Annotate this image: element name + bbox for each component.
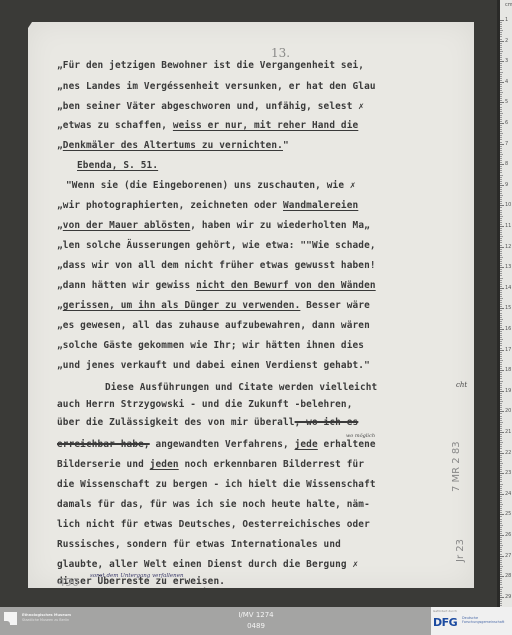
ruler-label: 19 bbox=[505, 388, 511, 394]
ruler-minor-tick bbox=[500, 589, 502, 590]
ruler-label: 20 bbox=[505, 408, 511, 414]
ruler-minor-tick bbox=[500, 539, 502, 540]
ruler-minor-tick bbox=[500, 98, 502, 99]
ruler-minor-tick bbox=[500, 232, 502, 233]
ruler-minor-tick bbox=[500, 545, 503, 546]
ruler-minor-tick bbox=[500, 170, 502, 171]
ruler-minor-tick bbox=[500, 582, 502, 583]
ruler-tick bbox=[500, 247, 504, 248]
handwritten-der-leicht: der leicht zugänglichen u. wenig umfangr… bbox=[271, 590, 406, 596]
ruler-minor-tick bbox=[500, 175, 503, 176]
ruler-minor-tick bbox=[500, 286, 502, 287]
ruler-minor-tick bbox=[500, 448, 502, 449]
ruler-minor-tick bbox=[500, 216, 503, 217]
text-segment: Wandmalereien bbox=[283, 200, 358, 211]
ruler-minor-tick bbox=[500, 374, 502, 375]
ruler-minor-tick bbox=[500, 269, 502, 270]
ruler-minor-tick bbox=[500, 364, 502, 365]
ruler-minor-tick bbox=[500, 271, 502, 272]
text-line: damals für das, für was ich sie noch heu… bbox=[57, 499, 370, 510]
ruler-minor-tick bbox=[500, 438, 502, 439]
text-segment: „dann hätten wir gewiss bbox=[57, 280, 196, 291]
ruler-minor-tick bbox=[500, 389, 502, 390]
ruler-minor-tick bbox=[500, 399, 502, 400]
ruler-minor-tick bbox=[500, 475, 502, 476]
ruler-minor-tick bbox=[500, 129, 502, 130]
ruler-minor-tick bbox=[500, 273, 502, 274]
ruler-tick bbox=[500, 514, 504, 515]
ruler-label: 9 bbox=[505, 182, 508, 188]
footer-bar: Ethnologisches Museum Staatliche Museen … bbox=[0, 607, 512, 635]
ruler-minor-tick bbox=[500, 333, 502, 334]
ruler-minor-tick bbox=[500, 199, 502, 200]
ruler-label: 2 bbox=[505, 38, 508, 44]
ruler-minor-tick bbox=[500, 587, 503, 588]
ruler-minor-tick bbox=[500, 459, 502, 460]
ruler-minor-tick bbox=[500, 220, 502, 221]
text-segment: Denkmäler des Altertums zu vernichten. bbox=[63, 140, 283, 151]
text-segment: " bbox=[283, 140, 289, 151]
ruler-minor-tick bbox=[500, 214, 502, 215]
ruler-label: 1 bbox=[505, 17, 508, 23]
text-segment: „Für den jetzigen Bewohner ist die Verga… bbox=[57, 60, 364, 71]
ruler-minor-tick bbox=[500, 549, 502, 550]
ruler-minor-tick bbox=[500, 193, 502, 194]
ruler-minor-tick bbox=[500, 451, 502, 452]
ruler-minor-tick bbox=[500, 512, 502, 513]
ruler-tick bbox=[500, 370, 504, 371]
ruler-tick bbox=[500, 41, 504, 42]
ruler-minor-tick bbox=[500, 378, 502, 379]
ruler-minor-tick bbox=[500, 446, 502, 447]
ruler-tick bbox=[500, 453, 504, 454]
ruler-minor-tick bbox=[500, 510, 502, 511]
text-line: „etwas zu schaffen, weiss er nur, mit re… bbox=[57, 120, 358, 131]
ruler-minor-tick bbox=[500, 72, 503, 73]
ruler-minor-tick bbox=[500, 181, 502, 182]
ruler-minor-tick bbox=[500, 30, 503, 31]
ruler-minor-tick bbox=[500, 531, 502, 532]
ruler-minor-tick bbox=[500, 521, 502, 522]
ruler-minor-tick bbox=[500, 315, 502, 316]
ruler-minor-tick bbox=[500, 352, 502, 353]
ruler-minor-tick bbox=[500, 407, 502, 408]
ruler-minor-tick bbox=[500, 387, 502, 388]
ruler-tick bbox=[500, 391, 504, 392]
ruler-label: 14 bbox=[505, 285, 511, 291]
ruler-label: 28 bbox=[505, 573, 511, 579]
ruler-minor-tick bbox=[500, 39, 502, 40]
ruler-minor-tick bbox=[500, 593, 502, 594]
ruler-minor-tick bbox=[500, 240, 502, 241]
ruler-minor-tick bbox=[500, 354, 502, 355]
ruler-minor-tick bbox=[500, 601, 502, 602]
ruler-label: 27 bbox=[505, 553, 511, 559]
ruler-tick bbox=[500, 597, 504, 598]
ruler-minor-tick bbox=[500, 304, 502, 305]
ruler-minor-tick bbox=[500, 335, 502, 336]
ruler-minor-tick bbox=[500, 323, 502, 324]
ruler-minor-tick bbox=[500, 53, 502, 54]
dfg-mark-icon: DFG bbox=[433, 616, 457, 629]
text-line: die Wissenschaft zu bergen - ich hielt d… bbox=[57, 479, 376, 490]
ruler-minor-tick bbox=[500, 409, 502, 410]
ruler-label: 10 bbox=[505, 202, 511, 208]
ruler-minor-tick bbox=[500, 471, 502, 472]
ruler-minor-tick bbox=[500, 45, 502, 46]
ruler-minor-tick bbox=[500, 24, 502, 25]
ruler-minor-tick bbox=[500, 183, 502, 184]
ruler-minor-tick bbox=[500, 358, 502, 359]
text-line: „und jenes verkauft und dabei einen Verd… bbox=[57, 360, 370, 371]
ruler-minor-tick bbox=[500, 492, 502, 493]
text-line: „len solche Äusserungen gehört, wie etwa… bbox=[57, 240, 376, 251]
ruler-minor-tick bbox=[500, 401, 503, 402]
ruler-minor-tick bbox=[500, 319, 503, 320]
ruler-minor-tick bbox=[500, 376, 502, 377]
text-line: "Wenn sie (die Eingeborenen) uns zuschau… bbox=[66, 180, 356, 191]
ruler-minor-tick bbox=[500, 115, 502, 116]
ruler-minor-tick bbox=[500, 275, 502, 276]
text-line: „dass wir von all dem nicht früher etwas… bbox=[57, 260, 376, 271]
text-line: glaubte, aller Welt einen Dienst durch d… bbox=[57, 559, 358, 570]
pencil-vertical-note: 7 MR 2 83 bbox=[451, 441, 462, 492]
text-line: „nes Landes im Vergéssenheit versunken, … bbox=[57, 81, 376, 92]
ruler-minor-tick bbox=[500, 168, 502, 169]
ruler-label: 16 bbox=[505, 326, 511, 332]
text-segment: „und jenes verkauft und dabei einen Verd… bbox=[57, 360, 370, 371]
ruler-tick bbox=[500, 535, 504, 536]
ruler-minor-tick bbox=[500, 236, 503, 237]
ruler-minor-tick bbox=[500, 383, 502, 384]
ruler-minor-tick bbox=[500, 465, 502, 466]
ruler-minor-tick bbox=[500, 331, 502, 332]
ruler-label: 25 bbox=[505, 511, 511, 517]
ruler-minor-tick bbox=[500, 541, 502, 542]
text-line: auch Herrn Strzygowski - und die Zukunft… bbox=[57, 399, 353, 410]
ruler-minor-tick bbox=[500, 207, 502, 208]
ruler-minor-tick bbox=[500, 32, 502, 33]
ruler-minor-tick bbox=[500, 481, 502, 482]
ruler-minor-tick bbox=[500, 500, 502, 501]
text-segment: , haben wir zu wiederholten Ma„ bbox=[190, 220, 370, 231]
ruler-label: 13 bbox=[505, 264, 511, 270]
ruler-minor-tick bbox=[500, 424, 502, 425]
text-line: „dann hätten wir gewiss nicht den Bewurf… bbox=[57, 280, 376, 291]
ruler-minor-tick bbox=[500, 228, 502, 229]
ruler-minor-tick bbox=[500, 234, 502, 235]
ruler-minor-tick bbox=[500, 179, 502, 180]
ruler-minor-tick bbox=[500, 65, 502, 66]
ruler-minor-tick bbox=[500, 51, 503, 52]
ruler-minor-tick bbox=[500, 80, 502, 81]
ruler-minor-tick bbox=[500, 566, 503, 567]
dfg-name: Deutsche Forschungsgemeinschaft bbox=[462, 616, 504, 624]
dfg-funded-by: Gefördert durch bbox=[433, 609, 457, 613]
ruler-minor-tick bbox=[500, 547, 502, 548]
ruler-tick bbox=[500, 226, 504, 227]
ruler-minor-tick bbox=[500, 381, 503, 382]
text-line: „wir photographierten, zeichneten oder W… bbox=[57, 200, 358, 211]
ruler-tick bbox=[500, 102, 504, 103]
ruler-minor-tick bbox=[500, 506, 502, 507]
ruler-minor-tick bbox=[500, 313, 502, 314]
ruler-minor-tick bbox=[500, 22, 502, 23]
ruler-minor-tick bbox=[500, 591, 502, 592]
text-segment: auch Herrn Strzygowski - und die Zukunft… bbox=[57, 399, 353, 410]
text-segment: erreichbar habe, bbox=[57, 439, 150, 450]
ruler-minor-tick bbox=[500, 455, 502, 456]
ruler-minor-tick bbox=[500, 290, 502, 291]
ruler-minor-tick bbox=[500, 426, 502, 427]
ruler-minor-tick bbox=[500, 477, 502, 478]
ruler-minor-tick bbox=[500, 337, 502, 338]
ruler-tick bbox=[500, 267, 504, 268]
ruler-minor-tick bbox=[500, 28, 502, 29]
ruler-minor-tick bbox=[500, 300, 502, 301]
ruler-minor-tick bbox=[500, 490, 502, 491]
ruler-minor-tick bbox=[500, 26, 502, 27]
ruler-minor-tick bbox=[500, 345, 502, 346]
ruler-minor-tick bbox=[500, 88, 502, 89]
ruler-minor-tick bbox=[500, 90, 502, 91]
ruler-minor-tick bbox=[500, 34, 502, 35]
text-line: „von der Mauer ablösten, haben wir zu wi… bbox=[57, 220, 370, 231]
ruler-minor-tick bbox=[500, 403, 502, 404]
ruler-minor-tick bbox=[500, 69, 502, 70]
ruler-minor-tick bbox=[500, 599, 502, 600]
ruler-minor-tick bbox=[500, 434, 502, 435]
ruler-tick bbox=[500, 473, 504, 474]
ruler-label: 26 bbox=[505, 532, 511, 538]
ruler-minor-tick bbox=[500, 43, 502, 44]
ruler-tick bbox=[500, 82, 504, 83]
text-segment: angewandten Verfahrens, bbox=[150, 439, 295, 450]
ruler-tick bbox=[500, 185, 504, 186]
ruler-minor-tick bbox=[500, 554, 502, 555]
ruler-minor-tick bbox=[500, 187, 502, 188]
ruler-minor-tick bbox=[500, 107, 502, 108]
text-segment: noch erkennbaren Bilderrest für bbox=[179, 459, 364, 470]
ruler-minor-tick bbox=[500, 158, 502, 159]
text-line: „Denkmäler des Altertums zu vernichten." bbox=[57, 140, 289, 151]
ruler-minor-tick bbox=[500, 172, 502, 173]
ruler-unit: cm bbox=[505, 2, 512, 8]
ruler-minor-tick bbox=[500, 261, 502, 262]
ruler-tick bbox=[500, 494, 504, 495]
ruler-minor-tick bbox=[500, 150, 502, 151]
ruler-minor-tick bbox=[500, 543, 502, 544]
ruler-minor-tick bbox=[500, 488, 502, 489]
ruler-minor-tick bbox=[500, 284, 502, 285]
ruler-minor-tick bbox=[500, 469, 502, 470]
ruler-minor-tick bbox=[500, 94, 502, 95]
ruler-minor-tick bbox=[500, 317, 502, 318]
ruler-minor-tick bbox=[500, 603, 502, 604]
ruler-minor-tick bbox=[500, 418, 502, 419]
ruler-tick bbox=[500, 205, 504, 206]
ruler-tick bbox=[500, 329, 504, 330]
ruler-minor-tick bbox=[500, 463, 503, 464]
ruler-minor-tick bbox=[500, 63, 502, 64]
dfg-name-2: Forschungsgemeinschaft bbox=[462, 620, 504, 624]
ruler-minor-tick bbox=[500, 562, 502, 563]
text-line: Bilderserie und jeden noch erkennbaren B… bbox=[57, 459, 364, 470]
ruler-minor-tick bbox=[500, 578, 502, 579]
text-segment: Besser wäre bbox=[300, 300, 370, 311]
ruler-minor-tick bbox=[500, 146, 502, 147]
ruler-minor-tick bbox=[500, 160, 502, 161]
ruler-minor-tick bbox=[500, 203, 502, 204]
text-segment: „wir photographierten, zeichneten oder bbox=[57, 200, 283, 211]
ruler-minor-tick bbox=[500, 109, 502, 110]
ruler-minor-tick bbox=[500, 280, 502, 281]
ruler-label: 15 bbox=[505, 305, 511, 311]
ruler-minor-tick bbox=[500, 523, 502, 524]
handwritten-vielleicht: cht bbox=[456, 381, 467, 389]
ruler-minor-tick bbox=[500, 255, 502, 256]
ruler-minor-tick bbox=[500, 397, 502, 398]
ruler-minor-tick bbox=[500, 467, 502, 468]
ruler-minor-tick bbox=[500, 166, 502, 167]
ruler-minor-tick bbox=[500, 296, 502, 297]
ruler-minor-tick bbox=[500, 584, 502, 585]
ruler-label: 11 bbox=[505, 223, 511, 229]
ruler-minor-tick bbox=[500, 348, 502, 349]
ruler-label: 12 bbox=[505, 244, 511, 250]
text-segment: „es gewesen, all das zuhause aufzubewahr… bbox=[57, 320, 370, 331]
ruler-minor-tick bbox=[500, 436, 502, 437]
ruler-minor-tick bbox=[500, 484, 503, 485]
text-segment: die Wissenschaft zu bergen - ich hielt d… bbox=[57, 479, 376, 490]
text-segment: , wo ich es bbox=[295, 417, 359, 428]
ruler-minor-tick bbox=[500, 259, 502, 260]
ruler-label: 3 bbox=[505, 58, 508, 64]
text-line: „solche Gäste gekommen wie Ihr; wir hätt… bbox=[57, 340, 364, 351]
ruler-label: 6 bbox=[505, 120, 508, 126]
ruler-minor-tick bbox=[500, 461, 502, 462]
ruler-minor-tick bbox=[500, 36, 502, 37]
text-line: lich nicht für etwas Deutsches, Oesterre… bbox=[57, 519, 370, 530]
ruler-minor-tick bbox=[500, 519, 502, 520]
text-line: „gerissen, um ihn als Dünger zu verwende… bbox=[57, 300, 370, 311]
ruler-minor-tick bbox=[500, 135, 502, 136]
ruler-minor-tick bbox=[500, 251, 502, 252]
ruler-minor-tick bbox=[500, 282, 502, 283]
ruler-tick bbox=[500, 123, 504, 124]
pencil-vertical-note-2: Jr 23 bbox=[455, 539, 466, 562]
ruler-minor-tick bbox=[500, 440, 502, 441]
cm-ruler: cm 1234567891011121314151617181920212223… bbox=[497, 0, 512, 607]
ruler-minor-tick bbox=[500, 139, 502, 140]
ruler-minor-tick bbox=[500, 189, 502, 190]
ruler-label: 24 bbox=[505, 491, 511, 497]
ruler-minor-tick bbox=[500, 595, 502, 596]
folio-number: 13. bbox=[271, 46, 290, 60]
text-segment: Ebenda, S. 51. bbox=[77, 160, 158, 171]
ruler-label: 7 bbox=[505, 141, 508, 147]
ruler-minor-tick bbox=[500, 148, 502, 149]
handwritten-das: das bbox=[201, 587, 213, 595]
text-segment: jede bbox=[295, 439, 318, 450]
ruler-minor-tick bbox=[500, 298, 503, 299]
ruler-minor-tick bbox=[500, 111, 502, 112]
ruler-minor-tick bbox=[500, 154, 503, 155]
text-segment: jeden bbox=[150, 459, 179, 470]
ruler-label: 8 bbox=[505, 161, 508, 167]
ruler-minor-tick bbox=[500, 92, 503, 93]
ruler-minor-tick bbox=[500, 242, 502, 243]
ruler-minor-tick bbox=[500, 201, 502, 202]
ruler-minor-tick bbox=[500, 341, 502, 342]
ruler-minor-tick bbox=[500, 257, 503, 258]
ruler-minor-tick bbox=[500, 422, 503, 423]
ruler-minor-tick bbox=[500, 84, 502, 85]
ruler-tick bbox=[500, 308, 504, 309]
ruler-minor-tick bbox=[500, 327, 502, 328]
ruler-tick bbox=[500, 61, 504, 62]
ruler-tick bbox=[500, 20, 504, 21]
text-segment: „nes Landes im Vergéssenheit versunken, … bbox=[57, 81, 376, 92]
text-segment: über die Zulässigkeit des von mir überal… bbox=[57, 417, 295, 428]
ruler-tick bbox=[500, 164, 504, 165]
ruler-label: 5 bbox=[505, 99, 508, 105]
ruler-minor-tick bbox=[500, 356, 502, 357]
ruler-minor-tick bbox=[500, 525, 503, 526]
ruler-minor-tick bbox=[500, 360, 503, 361]
text-segment: Bilderserie und bbox=[57, 459, 150, 470]
ruler-minor-tick bbox=[500, 325, 502, 326]
ruler-label: 29 bbox=[505, 594, 511, 600]
ruler-label: 18 bbox=[505, 367, 511, 373]
ruler-minor-tick bbox=[500, 405, 502, 406]
ruler-minor-tick bbox=[500, 222, 502, 223]
dfg-logo: Gefördert durch DFG Deutsche Forschungsg… bbox=[431, 607, 512, 635]
ruler-minor-tick bbox=[500, 133, 503, 134]
ruler-minor-tick bbox=[500, 162, 502, 163]
ruler-minor-tick bbox=[500, 504, 503, 505]
ruler-minor-tick bbox=[500, 560, 502, 561]
text-line: erreichbar habe, angewandten Verfahrens,… bbox=[57, 439, 376, 450]
ruler-minor-tick bbox=[500, 395, 502, 396]
ruler-label: 22 bbox=[505, 450, 511, 456]
text-line: „Für den jetzigen Bewohner ist die Verga… bbox=[57, 60, 364, 71]
text-segment: "Wenn sie (die Eingeborenen) uns zuschau… bbox=[66, 180, 356, 191]
text-segment: glaubte, aller Welt einen Dienst durch d… bbox=[57, 559, 358, 570]
ruler-minor-tick bbox=[500, 343, 502, 344]
ruler-minor-tick bbox=[500, 568, 502, 569]
ruler-minor-tick bbox=[500, 195, 503, 196]
ruler-minor-tick bbox=[500, 444, 502, 445]
ruler-minor-tick bbox=[500, 580, 502, 581]
text-line: über die Zulässigkeit des von mir überal… bbox=[57, 417, 358, 428]
ruler-tick bbox=[500, 350, 504, 351]
ruler-minor-tick bbox=[500, 86, 502, 87]
text-segment: „ben seiner Väter abgeschworen und, unfä… bbox=[57, 101, 364, 112]
ruler-label: 23 bbox=[505, 470, 511, 476]
ruler-minor-tick bbox=[500, 502, 502, 503]
ruler-minor-tick bbox=[500, 420, 502, 421]
ruler-minor-tick bbox=[500, 306, 502, 307]
text-segment: „solche Gäste gekommen wie Ihr; wir hätt… bbox=[57, 340, 364, 351]
ruler-minor-tick bbox=[500, 212, 502, 213]
ruler-minor-tick bbox=[500, 385, 502, 386]
ruler-minor-tick bbox=[500, 47, 502, 48]
ruler-minor-tick bbox=[500, 558, 502, 559]
text-segment: Diese Ausführungen und Citate werden vie… bbox=[105, 382, 377, 393]
ruler-minor-tick bbox=[500, 263, 502, 264]
ruler-minor-tick bbox=[500, 210, 502, 211]
